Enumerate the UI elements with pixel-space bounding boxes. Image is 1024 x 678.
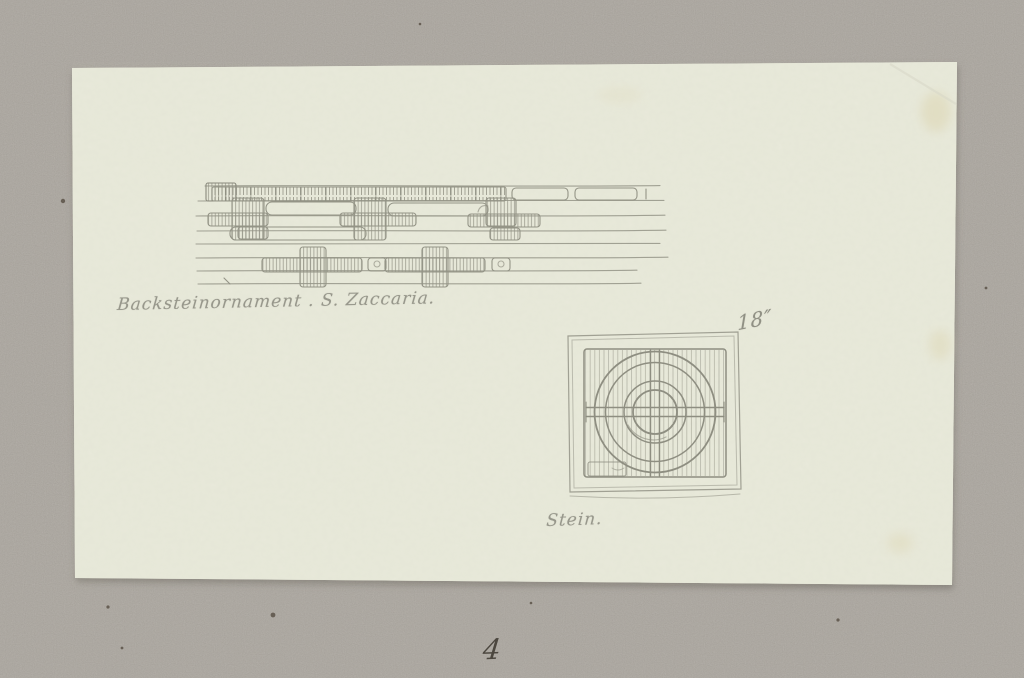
frieze-middle-band bbox=[208, 198, 540, 240]
paper-sheet bbox=[72, 62, 957, 585]
scan-graphics bbox=[0, 0, 1024, 678]
archival-scan: Backsteinornament . S. Zaccaria. 18″ Ste… bbox=[0, 0, 1024, 678]
square-panel-sketch bbox=[568, 332, 741, 498]
mount-number: 4 bbox=[482, 636, 503, 665]
caption-material-note: Stein. bbox=[546, 509, 604, 531]
